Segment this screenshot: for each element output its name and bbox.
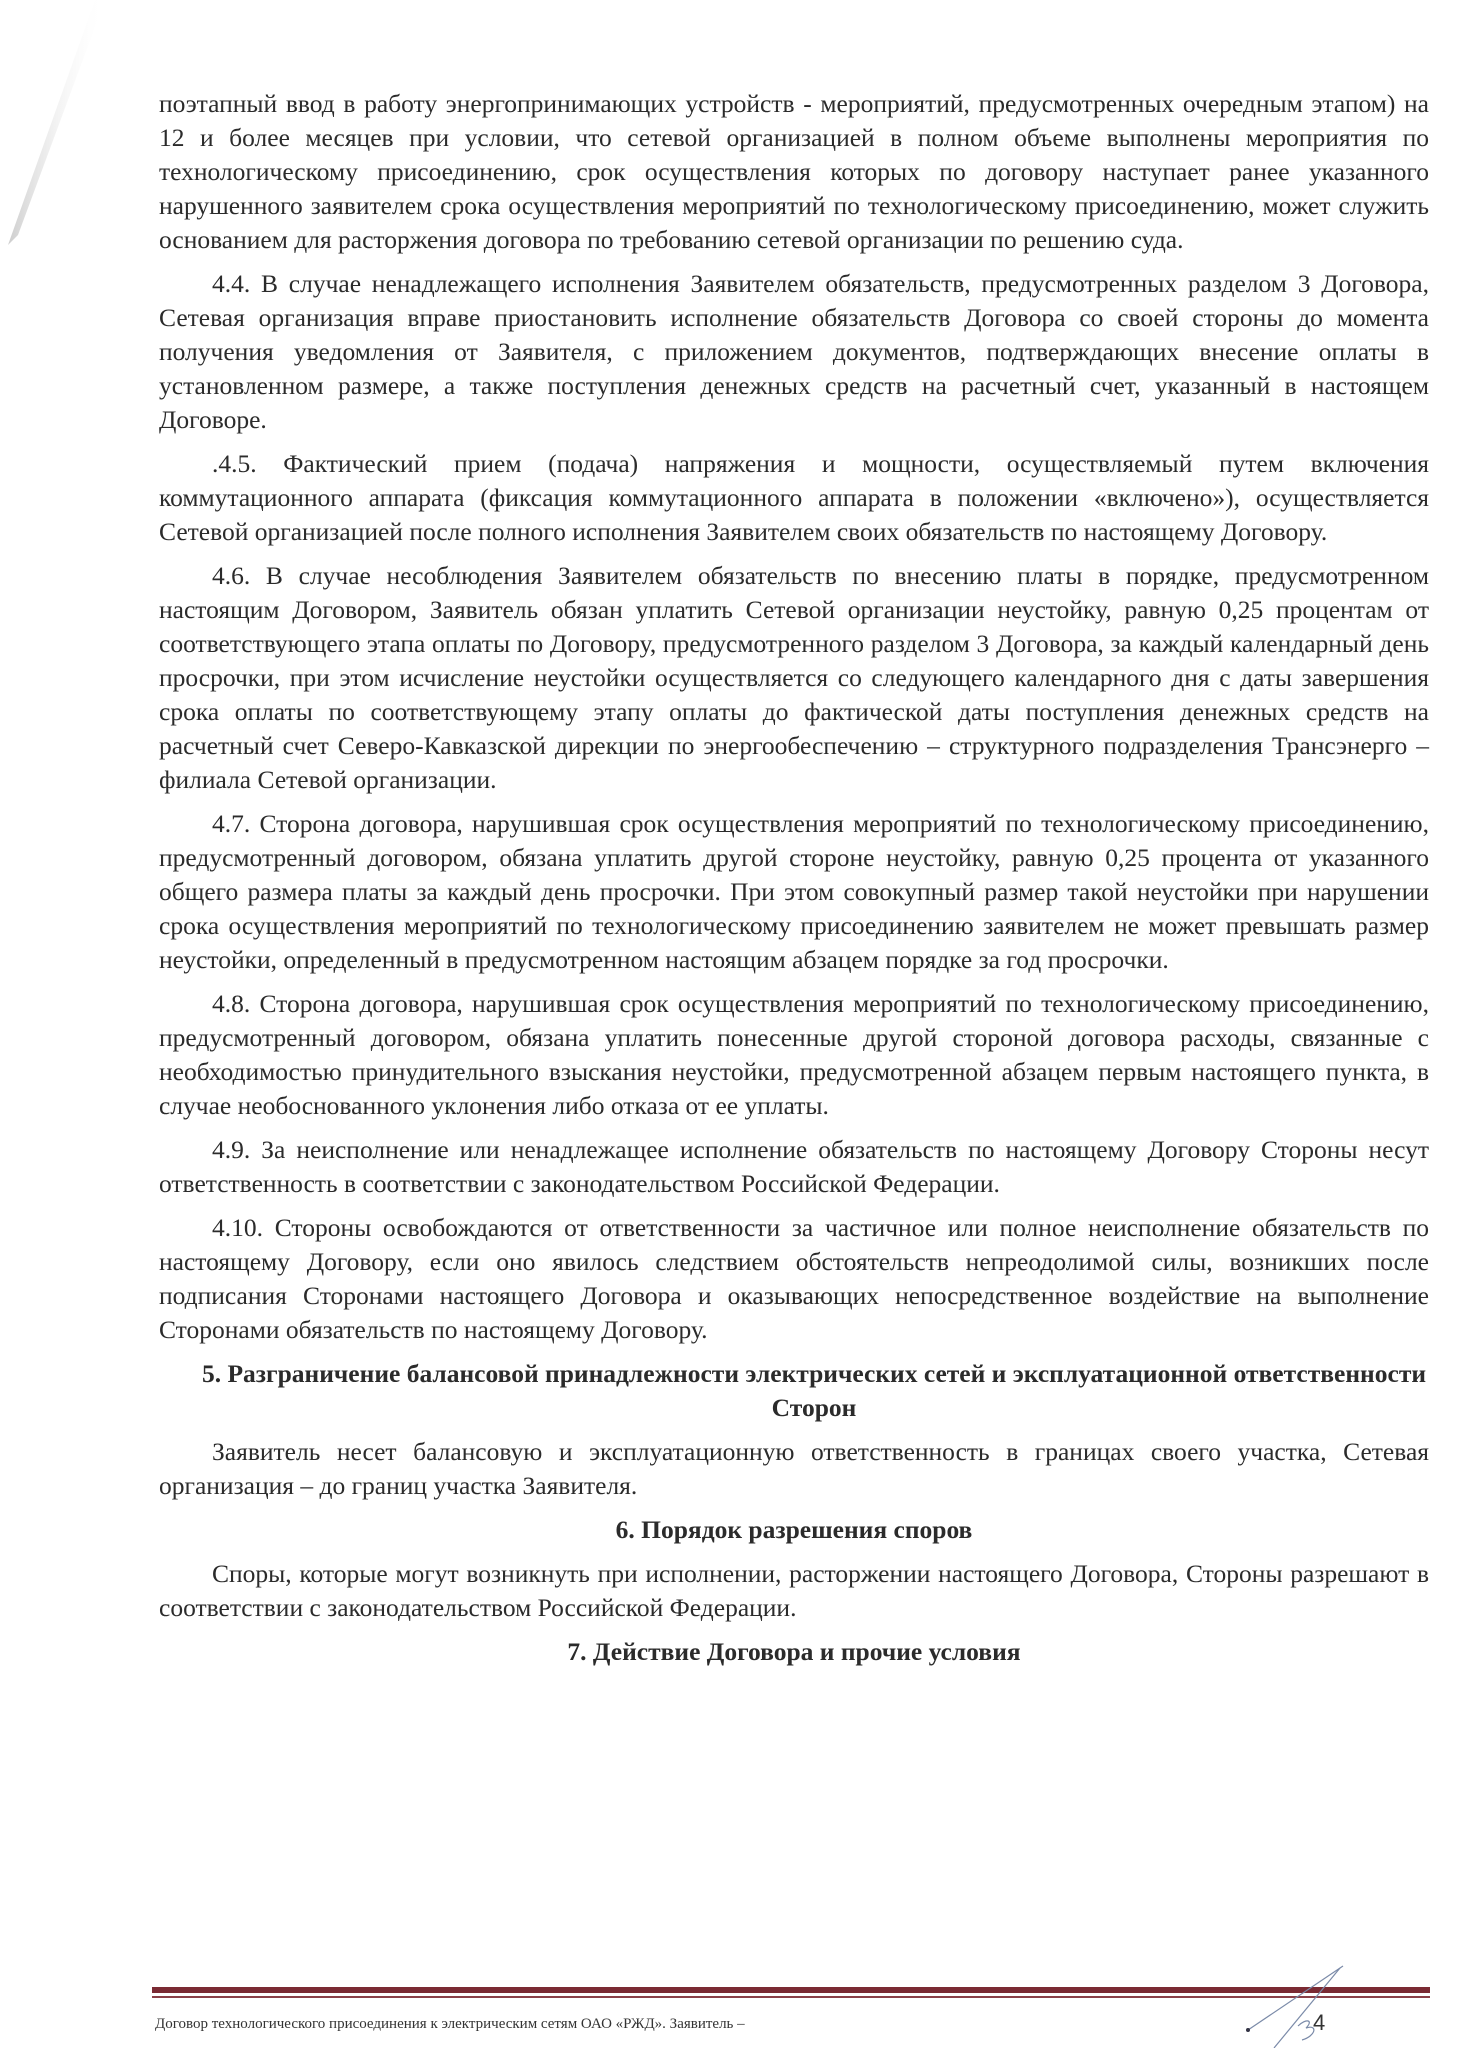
- signature-icon: [1240, 1960, 1360, 2048]
- clause-4-9: 4.9. За неисполнение или ненадлежащее ис…: [159, 1133, 1429, 1201]
- clause-4-10: 4.10. Стороны освобождаются от ответстве…: [159, 1211, 1429, 1347]
- section-6-text: Споры, которые могут возникнуть при испо…: [159, 1557, 1429, 1625]
- clause-4-7: 4.7. Сторона договора, нарушившая срок о…: [159, 807, 1429, 977]
- document-body: поэтапный ввод в работу энергопринимающи…: [159, 87, 1429, 1679]
- paragraph-continuation: поэтапный ввод в работу энергопринимающи…: [159, 87, 1429, 257]
- footer-divider-thin: [152, 1996, 1430, 1998]
- section-5-heading: 5. Разграничение балансовой принадлежнос…: [159, 1357, 1429, 1425]
- clause-4-4: 4.4. В случае ненадлежащего исполнения З…: [159, 267, 1429, 437]
- document-page: поэтапный ввод в работу энергопринимающи…: [0, 0, 1460, 2048]
- scan-edge-shadow-icon: [0, 0, 160, 260]
- section-5-text: Заявитель несет балансовую и эксплуатаци…: [159, 1435, 1429, 1503]
- footer-divider: [152, 1987, 1430, 1993]
- footer-text: Договор технологического присоединения к…: [155, 2016, 745, 2033]
- clause-4-5: .4.5. Фактический прием (подача) напряже…: [159, 447, 1429, 549]
- section-6-heading: 6. Порядок разрешения споров: [159, 1513, 1429, 1547]
- section-7-heading: 7. Действие Договора и прочие условия: [159, 1635, 1429, 1669]
- clause-4-6: 4.6. В случае несоблюдения Заявителем об…: [159, 559, 1429, 797]
- clause-4-8: 4.8. Сторона договора, нарушившая срок о…: [159, 987, 1429, 1123]
- page-number: 4: [1313, 2010, 1325, 2036]
